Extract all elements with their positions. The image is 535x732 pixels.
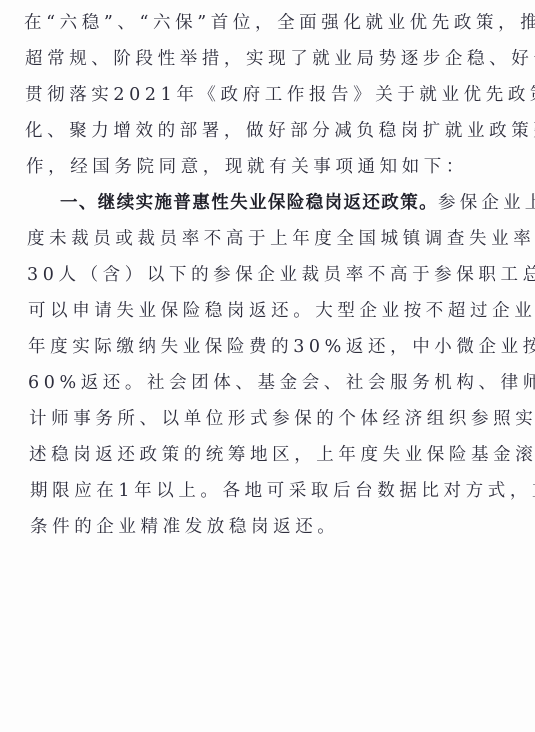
text-line: 度未裁员或裁员率不高于上年度全国城镇调查失业率控制目标， <box>27 227 535 251</box>
text-line: 化、聚力增效的部署，做好部分减负稳岗扩就业政策延续实施工 <box>25 119 535 143</box>
text-line: 30人（含）以下的参保企业裁员率不高于参保职工总数20%的， <box>27 263 535 287</box>
section-1-heading: 一、继续实施普惠性失业保险稳岗返还政策。 <box>60 193 438 213</box>
text-line: 计师事务所、以单位形式参保的个体经济组织参照实施。实施上 <box>29 407 535 431</box>
text-line: 期限应在1年以上。各地可采取后台数据比对方式，直接向符合 <box>30 479 535 503</box>
text-line: 作，经国务院同意，现就有关事项通知如下： <box>26 155 468 179</box>
text-line: 在“六稳”、“六保”首位，全面强化就业优先政策，推出一系列 <box>24 11 535 35</box>
text-line: 可以申请失业保险稳岗返还。大型企业按不超过企业及其职工上 <box>28 299 535 323</box>
text-line: 超常规、阶段性举措，实现了就业局势逐步企稳、好于预期。为 <box>25 47 535 71</box>
section-1-heading-line: 一、继续实施普惠性失业保险稳岗返还政策。参保企业上年 <box>60 191 535 215</box>
text-line: 条件的企业精准发放稳岗返还。 <box>30 515 339 539</box>
text-line: 贯彻落实2021年《政府工作报告》关于就业优先政策要继续强 <box>25 83 535 107</box>
text-line: 60%返还。社会团体、基金会、社会服务机构、律师事务所、会 <box>28 371 535 395</box>
document-page: 在“六稳”、“六保”首位，全面强化就业优先政策，推出一系列 超常规、阶段性举措，… <box>0 0 535 732</box>
text-line: 述稳岗返还政策的统筹地区，上年度失业保险基金滚存结余备付 <box>29 443 535 467</box>
section-1-heading-tail: 参保企业上年 <box>438 193 535 213</box>
text-line: 年度实际缴纳失业保险费的30%返还，中小微企业按不超过 <box>28 335 535 359</box>
